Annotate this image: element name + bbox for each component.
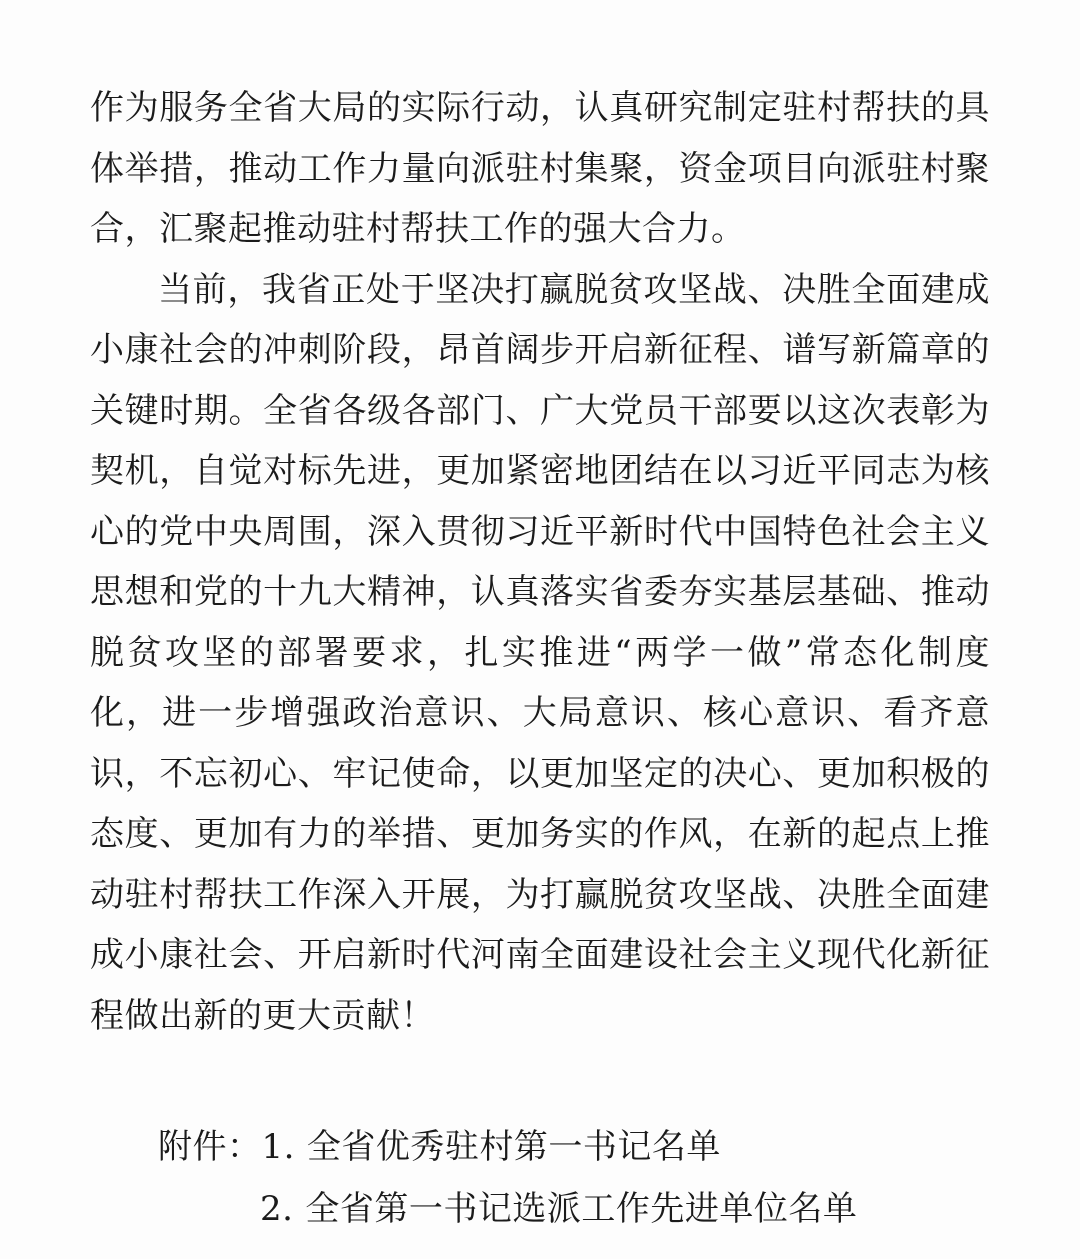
body-line: 当前，我省正处于坚决打赢脱贫攻坚战、决胜全面建成 [90,260,990,321]
document-page: 作为服务全省大局的实际行动，认真研究制定驻村帮扶的具 体举措，推动工作力量向派驻… [0,0,1080,1259]
attachment-line-1: 附件：1.全省优秀驻村第一书记名单 [158,1116,990,1178]
attachment-2-number: 2. [260,1189,293,1229]
document-text-block: 作为服务全省大局的实际行动，认真研究制定驻村帮扶的具 体举措，推动工作力量向派驻… [0,0,1080,1240]
body-line: 脱贫攻坚的部署要求，扎实推进“两学一做”常态化制度 [90,623,990,684]
body-line: 识，不忘初心、牢记使命，以更加坚定的决心、更加积极的 [90,744,990,805]
paragraph-2: 当前，我省正处于坚决打赢脱贫攻坚战、决胜全面建成 小康社会的冲刺阶段，昂首阔步开… [90,260,990,1047]
body-line: 化，进一步增强政治意识、大局意识、核心意识、看齐意 [90,683,990,744]
body-line: 合，汇聚起推动驻村帮扶工作的强大合力。 [90,199,990,260]
body-line: 思想和党的十九大精神，认真落实省委夯实基层基础、推动 [90,562,990,623]
body-line: 小康社会的冲刺阶段，昂首阔步开启新征程、谱写新篇章的 [90,320,990,381]
attachment-line-2: 2.全省第一书记选派工作先进单位名单 [260,1178,990,1240]
body-line: 作为服务全省大局的实际行动，认真研究制定驻村帮扶的具 [90,78,990,139]
body-line: 关键时期。全省各级各部门、广大党员干部要以这次表彰为 [90,381,990,442]
paragraph-1: 作为服务全省大局的实际行动，认真研究制定驻村帮扶的具 体举措，推动工作力量向派驻… [90,78,990,260]
attachment-1-title: 全省优秀驻村第一书记名单 [307,1127,721,1167]
body-line: 体举措，推动工作力量向派驻村集聚，资金项目向派驻村聚 [90,139,990,200]
body-line: 态度、更加有力的举措、更加务实的作风，在新的起点上推 [90,804,990,865]
body-line: 契机，自觉对标先进，更加紧密地团结在以习近平同志为核 [90,441,990,502]
attachments-label: 附件： [158,1127,262,1167]
body-line: 动驻村帮扶工作深入开展，为打赢脱贫攻坚战、决胜全面建 [90,865,990,926]
body-line: 成小康社会、开启新时代河南全面建设社会主义现代化新征 [90,925,990,986]
attachments-block: 附件：1.全省优秀驻村第一书记名单 2.全省第一书记选派工作先进单位名单 [90,1116,990,1240]
attachment-1-number: 1. [262,1127,295,1167]
body-line: 心的党中央周围，深入贯彻习近平新时代中国特色社会主义 [90,502,990,563]
body-line: 程做出新的更大贡献！ [90,986,990,1047]
attachment-2-title: 全省第一书记选派工作先进单位名单 [305,1189,857,1229]
